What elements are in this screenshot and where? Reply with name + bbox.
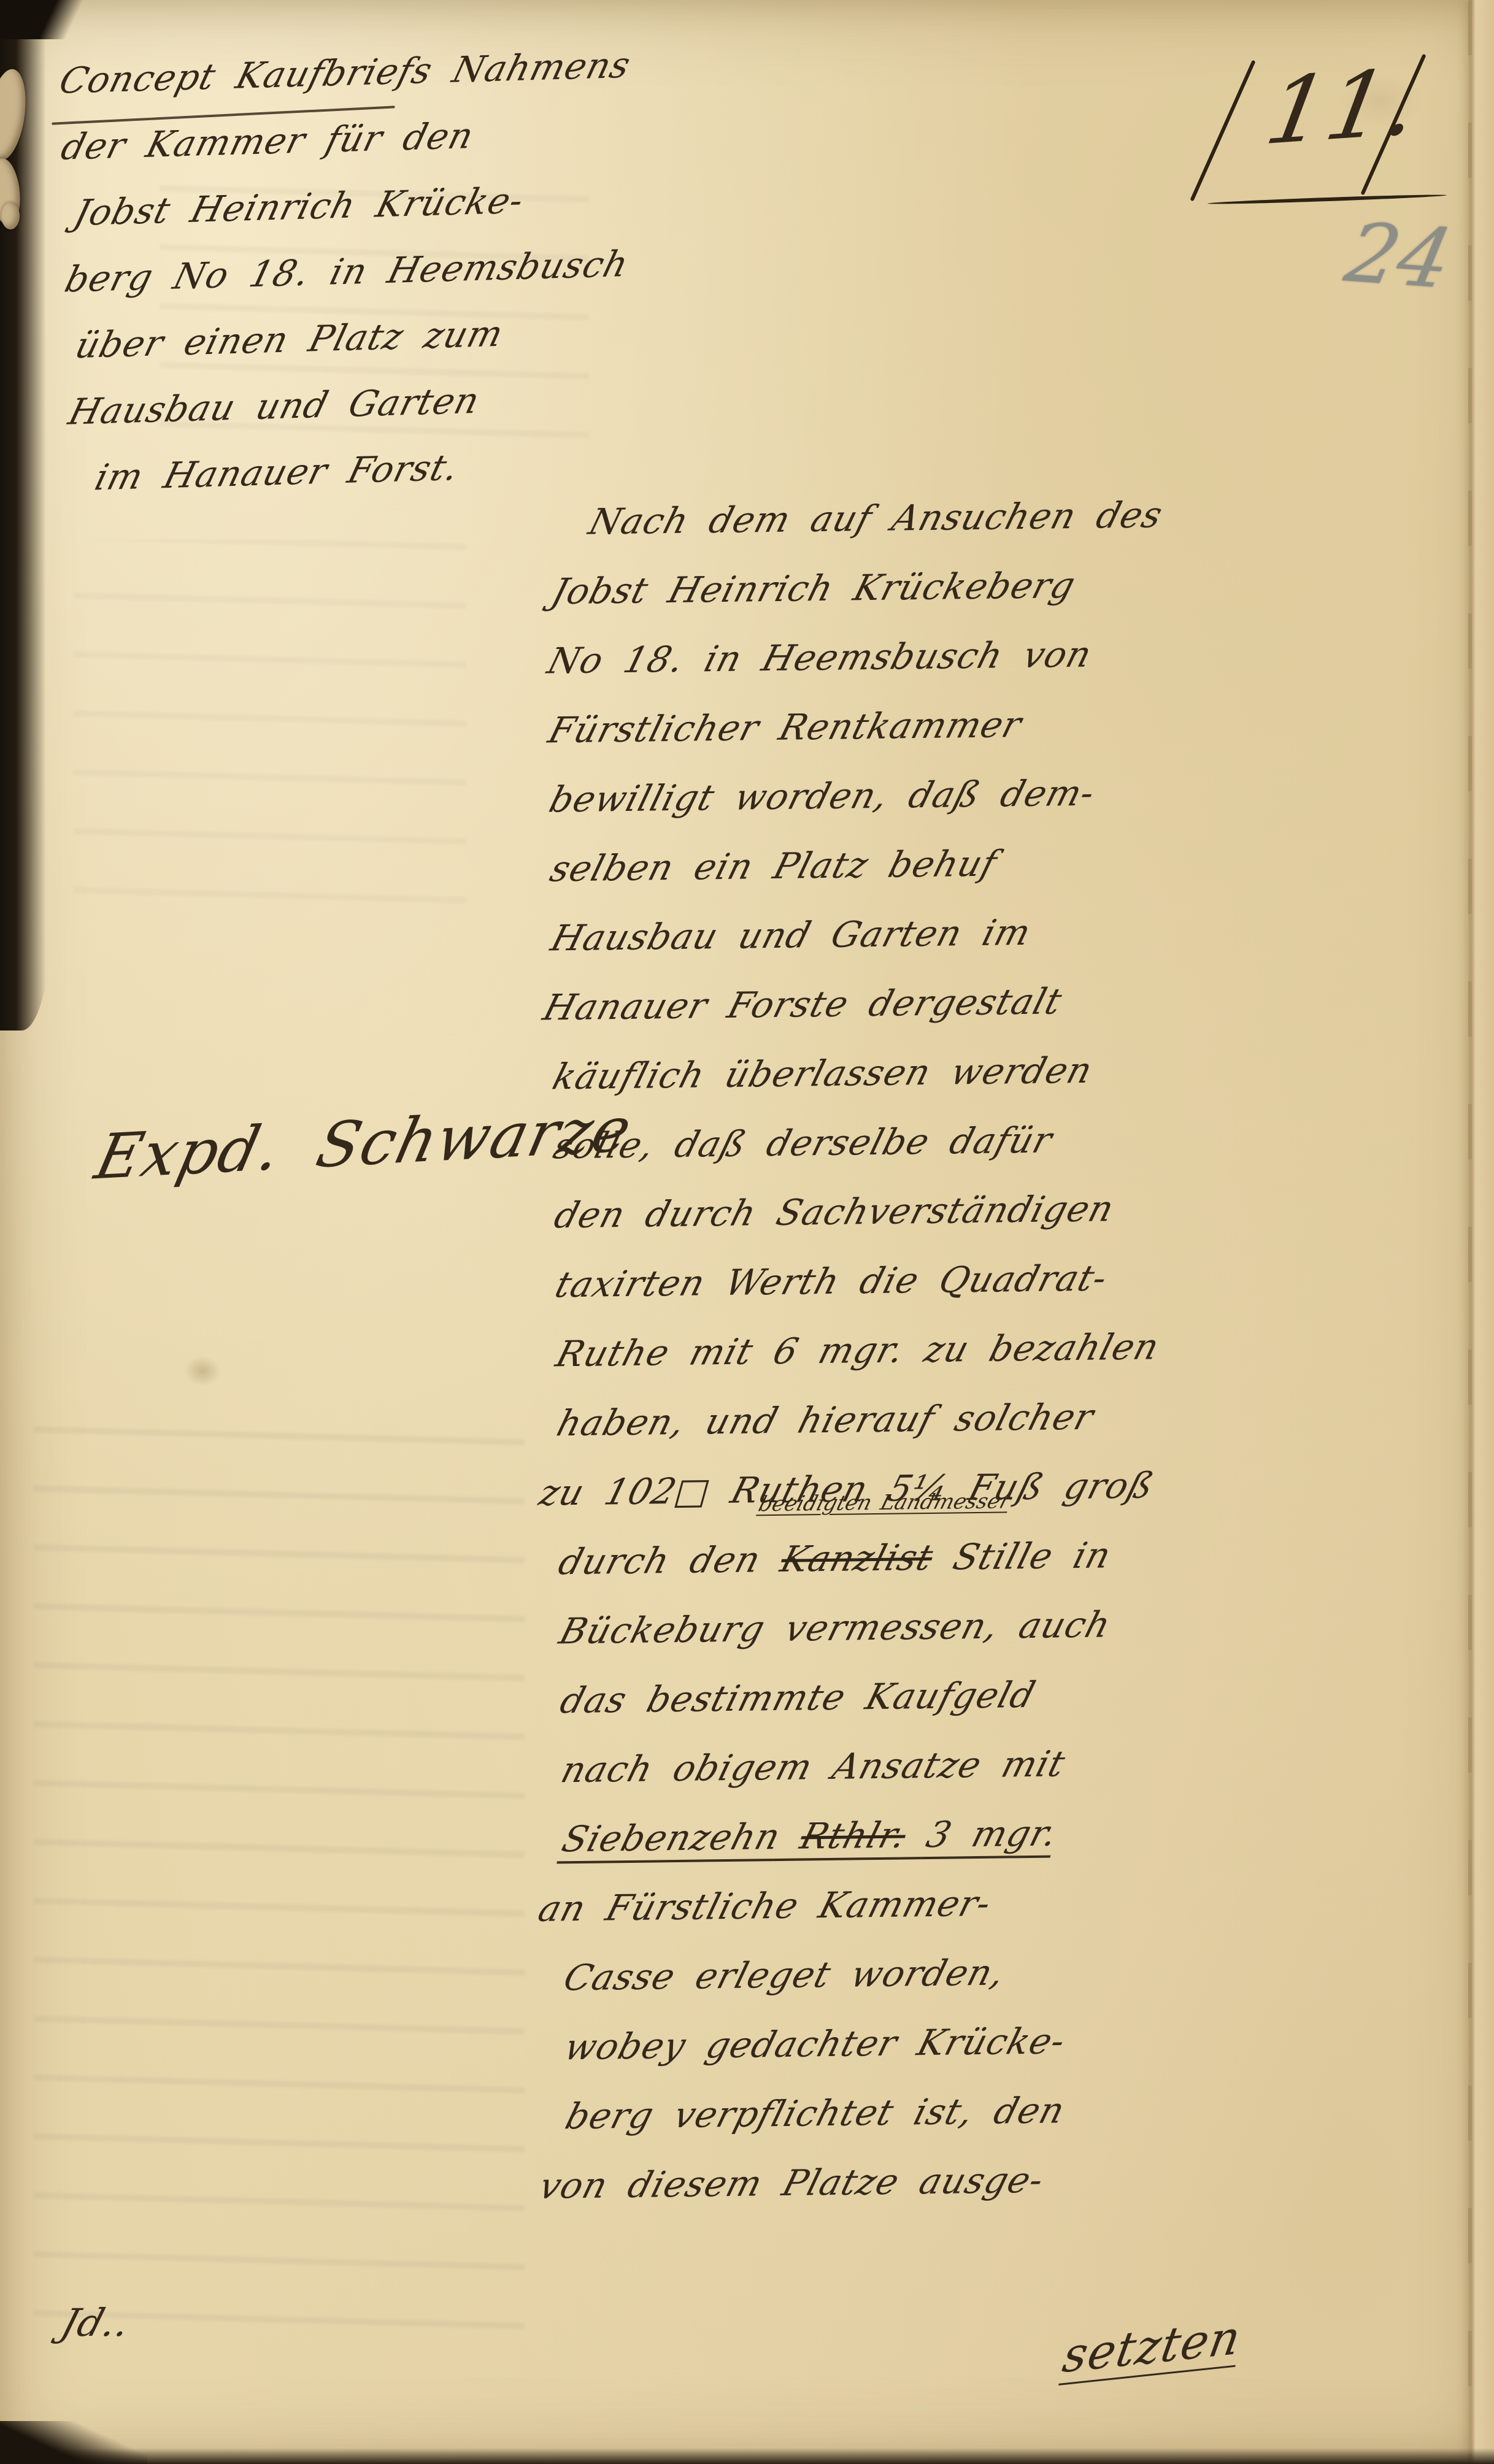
ink-bleedthrough bbox=[74, 540, 466, 932]
clerk-expedition-note: Expd. Schwarze bbox=[86, 1096, 623, 1191]
folio-number-ink: 11. bbox=[1260, 56, 1425, 158]
body-line-surveyor: beeidigten Landmesser durch den Kanzlist… bbox=[550, 1516, 1494, 1597]
binding-thread bbox=[1, 202, 20, 229]
body-line: Bückeburg vermessen, auch bbox=[551, 1585, 1494, 1666]
body-line: Nach dem auf Ansuchen des bbox=[580, 476, 1494, 557]
bottom-page-shadow bbox=[0, 2448, 1494, 2464]
margin-note: Concept Kaufbriefs Nahmens der Kammer fü… bbox=[50, 31, 677, 512]
body-line: bewilligt worden, daß dem- bbox=[541, 753, 1494, 834]
body-line: Jobst Heinrich Krückeberg bbox=[544, 545, 1494, 626]
body-line: taxirten Werth die Quadrat- bbox=[547, 1238, 1494, 1319]
body-line: den durch Sachverständigen bbox=[546, 1169, 1494, 1250]
purchase-amount: Siebenzehn Rthlr. 3 mgr. bbox=[558, 1812, 1063, 1860]
body-line: zu 102□ Ruthen 5¼ Fuß groß bbox=[531, 1446, 1494, 1528]
body-line: Hanauer Forste dergestalt bbox=[535, 961, 1494, 1043]
clerk-initials: Jd.. bbox=[56, 2301, 123, 2344]
body-line: berg verpflichtet ist, den bbox=[557, 2070, 1494, 2151]
folio-number-pencil: 24 bbox=[1339, 210, 1458, 302]
body-line: Hausbau und Garten im bbox=[542, 892, 1494, 973]
ink-smudge bbox=[184, 1356, 221, 1386]
body-line: käuflich überlassen werden bbox=[544, 1031, 1494, 1111]
body-line: haben, und hierauf solcher bbox=[549, 1377, 1494, 1458]
body-line: Casse erleget worden, bbox=[555, 1932, 1494, 2013]
body-line: wobey gedachter Krücke- bbox=[556, 2001, 1494, 2082]
bottom-left-corner-shadow bbox=[0, 2421, 147, 2464]
body-line: No 18. in Heemsbusch von bbox=[539, 615, 1494, 696]
body-line-amount: Siebenzehn Rthlr. 3 mgr. bbox=[553, 1793, 1494, 1874]
manuscript-page: 11. 24 Concept Kaufbriefs Nahmens der Ka… bbox=[0, 0, 1494, 2464]
struck-currency: Rthlr. bbox=[796, 1814, 911, 1857]
surveyor-suffix: Stille in bbox=[949, 1534, 1116, 1578]
folio-underline bbox=[1207, 193, 1447, 205]
ink-bleedthrough bbox=[34, 1399, 525, 2355]
deed-body-text: Nach dem auf Ansuchen des Jobst Heinrich… bbox=[537, 477, 1494, 2221]
catchword: setzten bbox=[1053, 2311, 1235, 2384]
struck-word: Kanzlist bbox=[776, 1537, 938, 1580]
surveyor-prefix: durch den bbox=[554, 1538, 766, 1583]
top-left-corner-shadow bbox=[0, 0, 117, 39]
interlinear-insertion: beeidigten Landmesser bbox=[756, 1490, 1013, 1515]
body-line: nach obigem Ansatze mit bbox=[553, 1724, 1494, 1805]
body-line: solle, daß derselbe dafür bbox=[545, 1100, 1494, 1181]
folio-mark: 11. bbox=[1196, 37, 1454, 221]
body-line: Fürstlicher Rentkammer bbox=[540, 684, 1494, 765]
body-line: an Fürstliche Kammer- bbox=[530, 1862, 1494, 1944]
body-line: das bestimmte Kaufgeld bbox=[552, 1654, 1494, 1735]
body-line: Ruthe mit 6 mgr. zu bezahlen bbox=[548, 1308, 1494, 1389]
body-line: von diesem Platze ausge- bbox=[531, 2140, 1494, 2221]
body-line: selben ein Platz behuf bbox=[542, 823, 1494, 904]
folio-bracket-left bbox=[1190, 60, 1255, 202]
